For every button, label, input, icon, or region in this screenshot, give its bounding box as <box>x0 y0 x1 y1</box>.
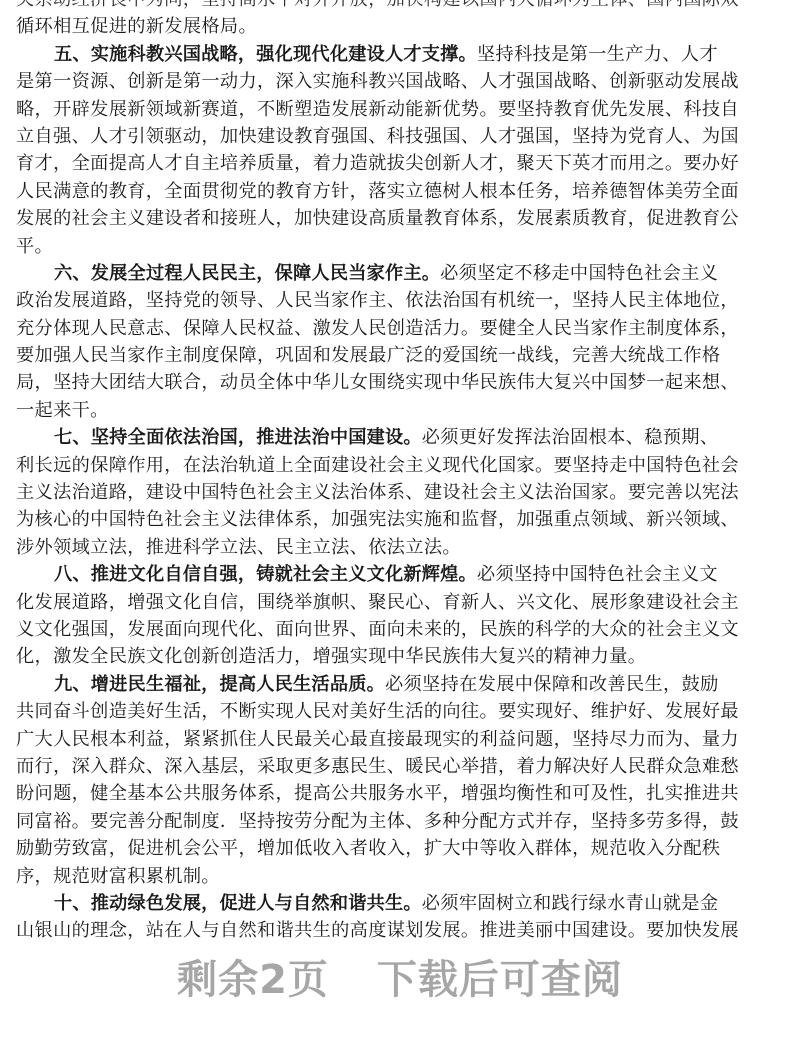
paragraph-section-9: 九、增进民生福祉，提高人民生活品质。必须坚持在发展中保障和改善民生，鼓励 共同奋… <box>16 671 786 890</box>
text-line: 局，坚持大团结大联合，动员全体中华儿女围绕实现中华民族伟大复兴中国梦一起来想、 <box>16 369 786 396</box>
section-heading: 十、推动绿色发展，促进人与自然和谐共生。 <box>54 893 422 914</box>
paragraph-section-5: 五、实施科教兴国战略，强化现代化建设人才支撑。坚持科技是第一生产力、人才 是第一… <box>16 41 786 260</box>
section-heading: 五、实施科教兴国战略，强化现代化建设人才支撑。 <box>54 44 477 65</box>
document-page: 关系动经济良中为向，坚持高水平对外开放，加快构建以国内大循环为主体、国内国际双 … <box>0 0 800 1055</box>
text-line: 十、推动绿色发展，促进人与自然和谐共生。必须牢固树立和践行绿水青山就是金 <box>16 890 786 917</box>
text-run: 必须牢固树立和践行绿水青山就是金 <box>422 893 719 914</box>
text-line: 共同奋斗创造美好生活，不断实现人民对美好生活的向往。要实现好、维护好、发展好最 <box>16 698 786 725</box>
text-line: 涉外领域立法，推进科学立法、民主立法、依法立法。 <box>16 534 786 561</box>
text-line: 是第一资源、创新是第一动力，深入实施科教兴国战略、人才强国战略、创新驱动发展战 <box>16 68 786 95</box>
text-line: 同富裕。要完善分配制度．坚持按劳分配为主体、多种分配方式并存，坚持多劳多得，鼓 <box>16 808 786 835</box>
text-line: 化发展道路，增强文化自信，围绕举旗帜、聚民心、育新人、兴文化、展形象建设社会主 <box>16 589 786 616</box>
text-line: 九、增进民生福祉，提高人民生活品质。必须坚持在发展中保障和改善民生，鼓励 <box>16 671 786 698</box>
text-run: 必须坚持在发展中保障和改善民生，鼓励 <box>385 674 719 695</box>
download-to-read-banner[interactable]: 剩余2页下载后可查阅 <box>0 948 800 1005</box>
text-line: 政治发展道路，坚持党的领导、人民当家作主、依法治国有机统一，坚持人民主体地位， <box>16 287 786 314</box>
section-heading: 九、增进民生福祉，提高人民生活品质。 <box>54 674 385 695</box>
text-line: 一起来干。 <box>16 397 786 424</box>
text-line: 而行，深入群众、深入基层，采取更多惠民生、暖民心举措，着力解决好人民群众急难愁 <box>16 753 786 780</box>
text-line: 育才，全面提高人才自主培养质量，着力造就拔尖创新人才，聚天下英才而用之。要办好 <box>16 150 786 177</box>
paragraph-section-6: 六、发展全过程人民民主，保障人民当家作主。必须坚定不移走中国特色社会主义 政治发… <box>16 260 786 424</box>
text-line: 主义法治道路，建设中国特色社会主义法治体系、建设社会主义法治国家。要完善以宪法 <box>16 479 786 506</box>
text-run: 必须坚定不移走中国特色社会主义 <box>440 263 718 284</box>
text-line: 利长远的保障作用，在法治轨道上全面建设社会主义现代化国家。要坚持走中国特色社会 <box>16 452 786 479</box>
text-line: 充分体现人民意志、保障人民权益、激发人民创造活力。要健全人民当家作主制度体系， <box>16 315 786 342</box>
section-heading: 八、推进文化自信自强，铸就社会主义文化新辉煌。 <box>54 564 477 585</box>
paragraph-section-8: 八、推进文化自信自强，铸就社会主义文化新辉煌。必须坚持中国特色社会主义文 化发展… <box>16 561 786 671</box>
section-heading: 七、坚持全面依法治国，推进法治中国建设。 <box>54 427 422 448</box>
remaining-pages-label: 剩余2页 <box>177 948 329 1005</box>
text-line: 序，规范财富积累机制。 <box>16 863 786 890</box>
text-line: 六、发展全过程人民民主，保障人民当家作主。必须坚定不移走中国特色社会主义 <box>16 260 786 287</box>
paragraph-section-7: 七、坚持全面依法治国，推进法治中国建设。必须更好发挥法治固根本、稳预期、 利长远… <box>16 424 786 561</box>
cut-off-line: 关系动经济良中为向，坚持高水平对外开放，加快构建以国内大循环为主体、国内国际双 <box>16 0 786 13</box>
text-run: 坚持科技是第一生产力、人才 <box>477 44 718 65</box>
download-prompt-label: 下载后可查阅 <box>377 948 623 1005</box>
text-line: 五、实施科教兴国战略，强化现代化建设人才支撑。坚持科技是第一生产力、人才 <box>16 41 786 68</box>
text-line: 化，激发全民族文化创新创造活力，增强实现中华民族伟大复兴的精神力量。 <box>16 643 786 670</box>
paragraph-intro-tail: 循环相互促进的新发展格局。 <box>16 13 786 40</box>
text-run: 必须坚持中国特色社会主义文 <box>477 564 718 585</box>
document-body: 关系动经济良中为向，坚持高水平对外开放，加快构建以国内大循环为主体、国内国际双 … <box>16 0 786 945</box>
section-heading: 六、发展全过程人民民主，保障人民当家作主。 <box>54 263 440 284</box>
text-line: 循环相互促进的新发展格局。 <box>16 13 786 40</box>
text-line: 广大人民根本利益，紧紧抓住人民最关心最直接最现实的利益问题，坚持尽力而为、量力 <box>16 726 786 753</box>
text-line: 立自强、人才引领驱动，加快建设教育强国、科技强国、人才强国，坚持为党育人、为国 <box>16 123 786 150</box>
text-line: 盼问题，健全基本公共服务体系，提高公共服务水平，增强均衡性和可及性，扎实推进共 <box>16 780 786 807</box>
text-line: 义文化强国，发展面向现代化、面向世界、面向未来的，民族的科学的大众的社会主义文 <box>16 616 786 643</box>
text-line: 为核心的中国特色社会主义法律体系，加强宪法实施和监督，加强重点领域、新兴领域、 <box>16 506 786 533</box>
text-line: 略，开辟发展新领域新赛道，不断塑造发展新动能新优势。要坚持教育优先发展、科技自 <box>16 96 786 123</box>
text-line: 八、推进文化自信自强，铸就社会主义文化新辉煌。必须坚持中国特色社会主义文 <box>16 561 786 588</box>
text-line: 励勤劳致富，促进机会公平，增加低收入者收入，扩大中等收入群体，规范收入分配秩 <box>16 835 786 862</box>
text-run: 必须更好发挥法治固根本、稳预期、 <box>422 427 719 448</box>
text-line: 发展的社会主义建设者和接班人，加快建设高质量教育体系，发展素质教育，促进教育公 <box>16 205 786 232</box>
paragraph-section-10: 十、推动绿色发展，促进人与自然和谐共生。必须牢固树立和践行绿水青山就是金 山银山… <box>16 890 786 945</box>
text-line: 人民满意的教育，全面贯彻党的教育方针，落实立德树人根本任务，培养德智体美劳全面 <box>16 178 786 205</box>
text-line: 山银山的理念，站在人与自然和谐共生的高度谋划发展。推进美丽中国建设。要加快发展 <box>16 917 786 944</box>
text-line: 七、坚持全面依法治国，推进法治中国建设。必须更好发挥法治固根本、稳预期、 <box>16 424 786 451</box>
text-line: 平。 <box>16 233 786 260</box>
text-line: 要加强人民当家作主制度保障，巩固和发展最广泛的爱国统一战线，完善大统战工作格 <box>16 342 786 369</box>
